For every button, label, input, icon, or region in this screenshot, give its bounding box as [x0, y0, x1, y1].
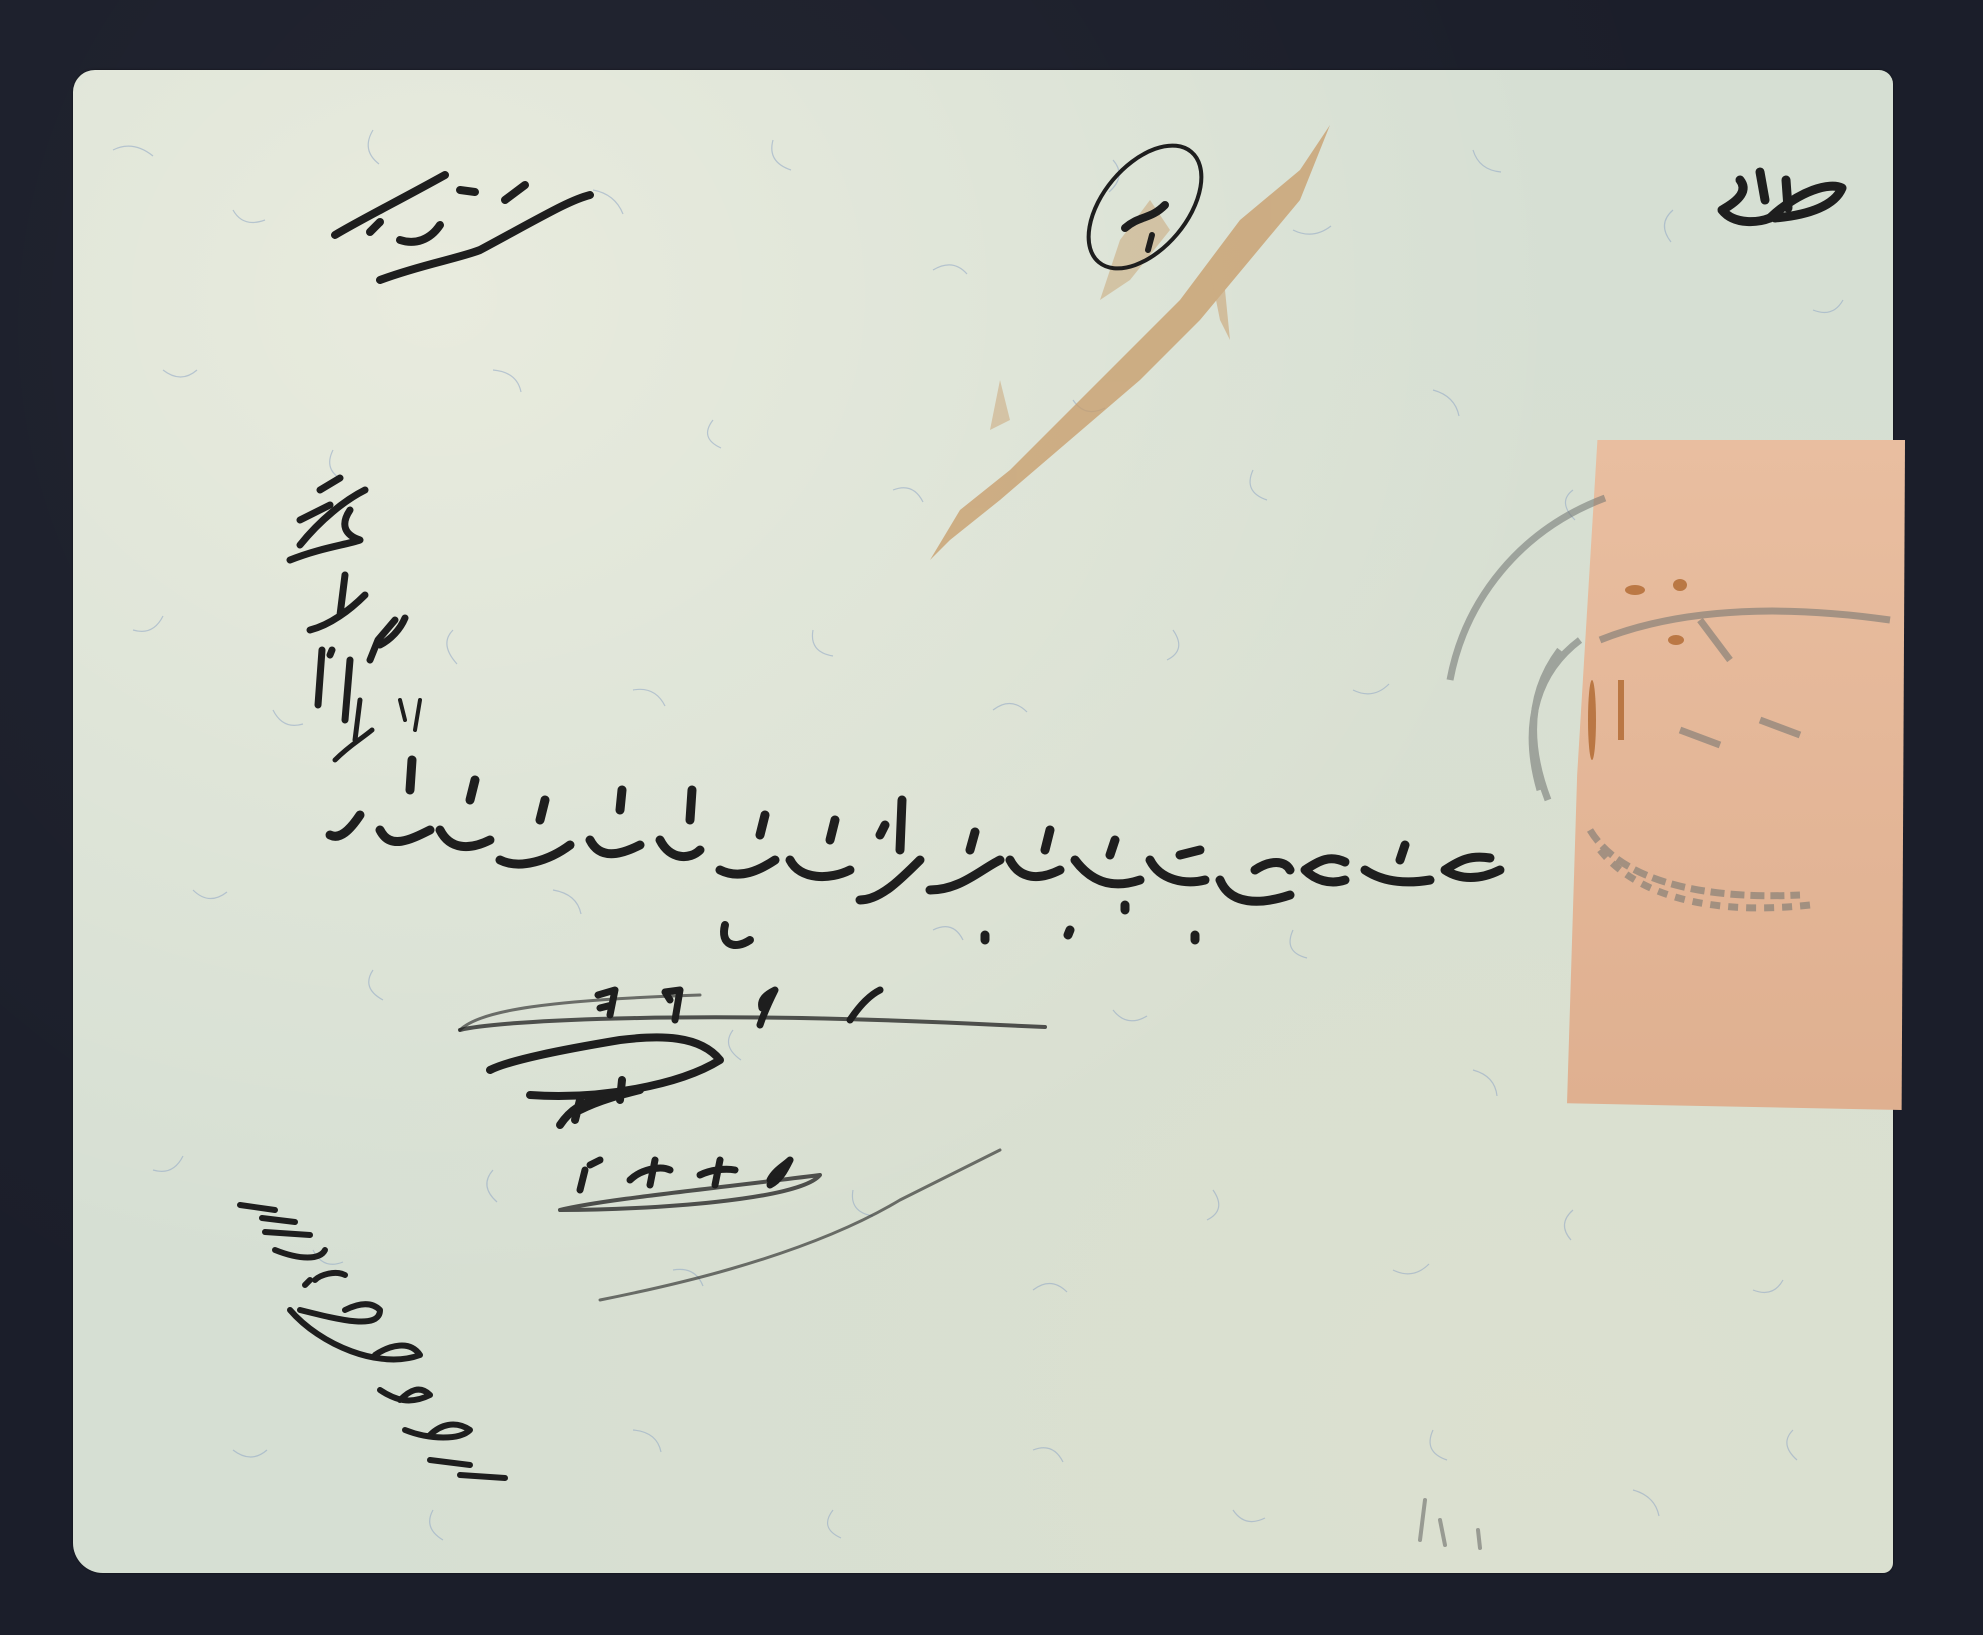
label-address: سرای قدیمه: [330, 190, 485, 225]
inscription-sender: [240, 1205, 505, 1478]
label-margin-note-3: قباله: [290, 610, 348, 645]
postmark-stamp: [1450, 498, 1890, 908]
label-margin-note-1: ز شود: [290, 500, 368, 535]
label-margin-note-4: دام ۱: [290, 660, 356, 695]
rust-spots: [1588, 579, 1687, 760]
label-margin-note-2: مرقوم: [290, 560, 371, 595]
inscription-number-2468: [460, 990, 1045, 1030]
label-date: ۱۲ صفر: [560, 1080, 659, 1115]
handwriting-layer: [0, 0, 1983, 1635]
label-addressee: خدمت جناب مستطاب مستوفی القاب عمدة التجا…: [330, 820, 1313, 855]
bottom-pencil-marks: [1420, 1500, 1480, 1548]
label-margin-annotation: طهران: [330, 720, 415, 755]
label-city: طهران: [1720, 170, 1805, 205]
label-circled-mark: اصل: [1110, 190, 1167, 225]
label-sender: از طرف حاجی محمد تاجر اردبیل: [240, 1300, 651, 1335]
label-number-1349: ۱۳۴۹: [580, 1155, 644, 1190]
label-number-2468: ۲۴۶۸: [590, 985, 654, 1020]
